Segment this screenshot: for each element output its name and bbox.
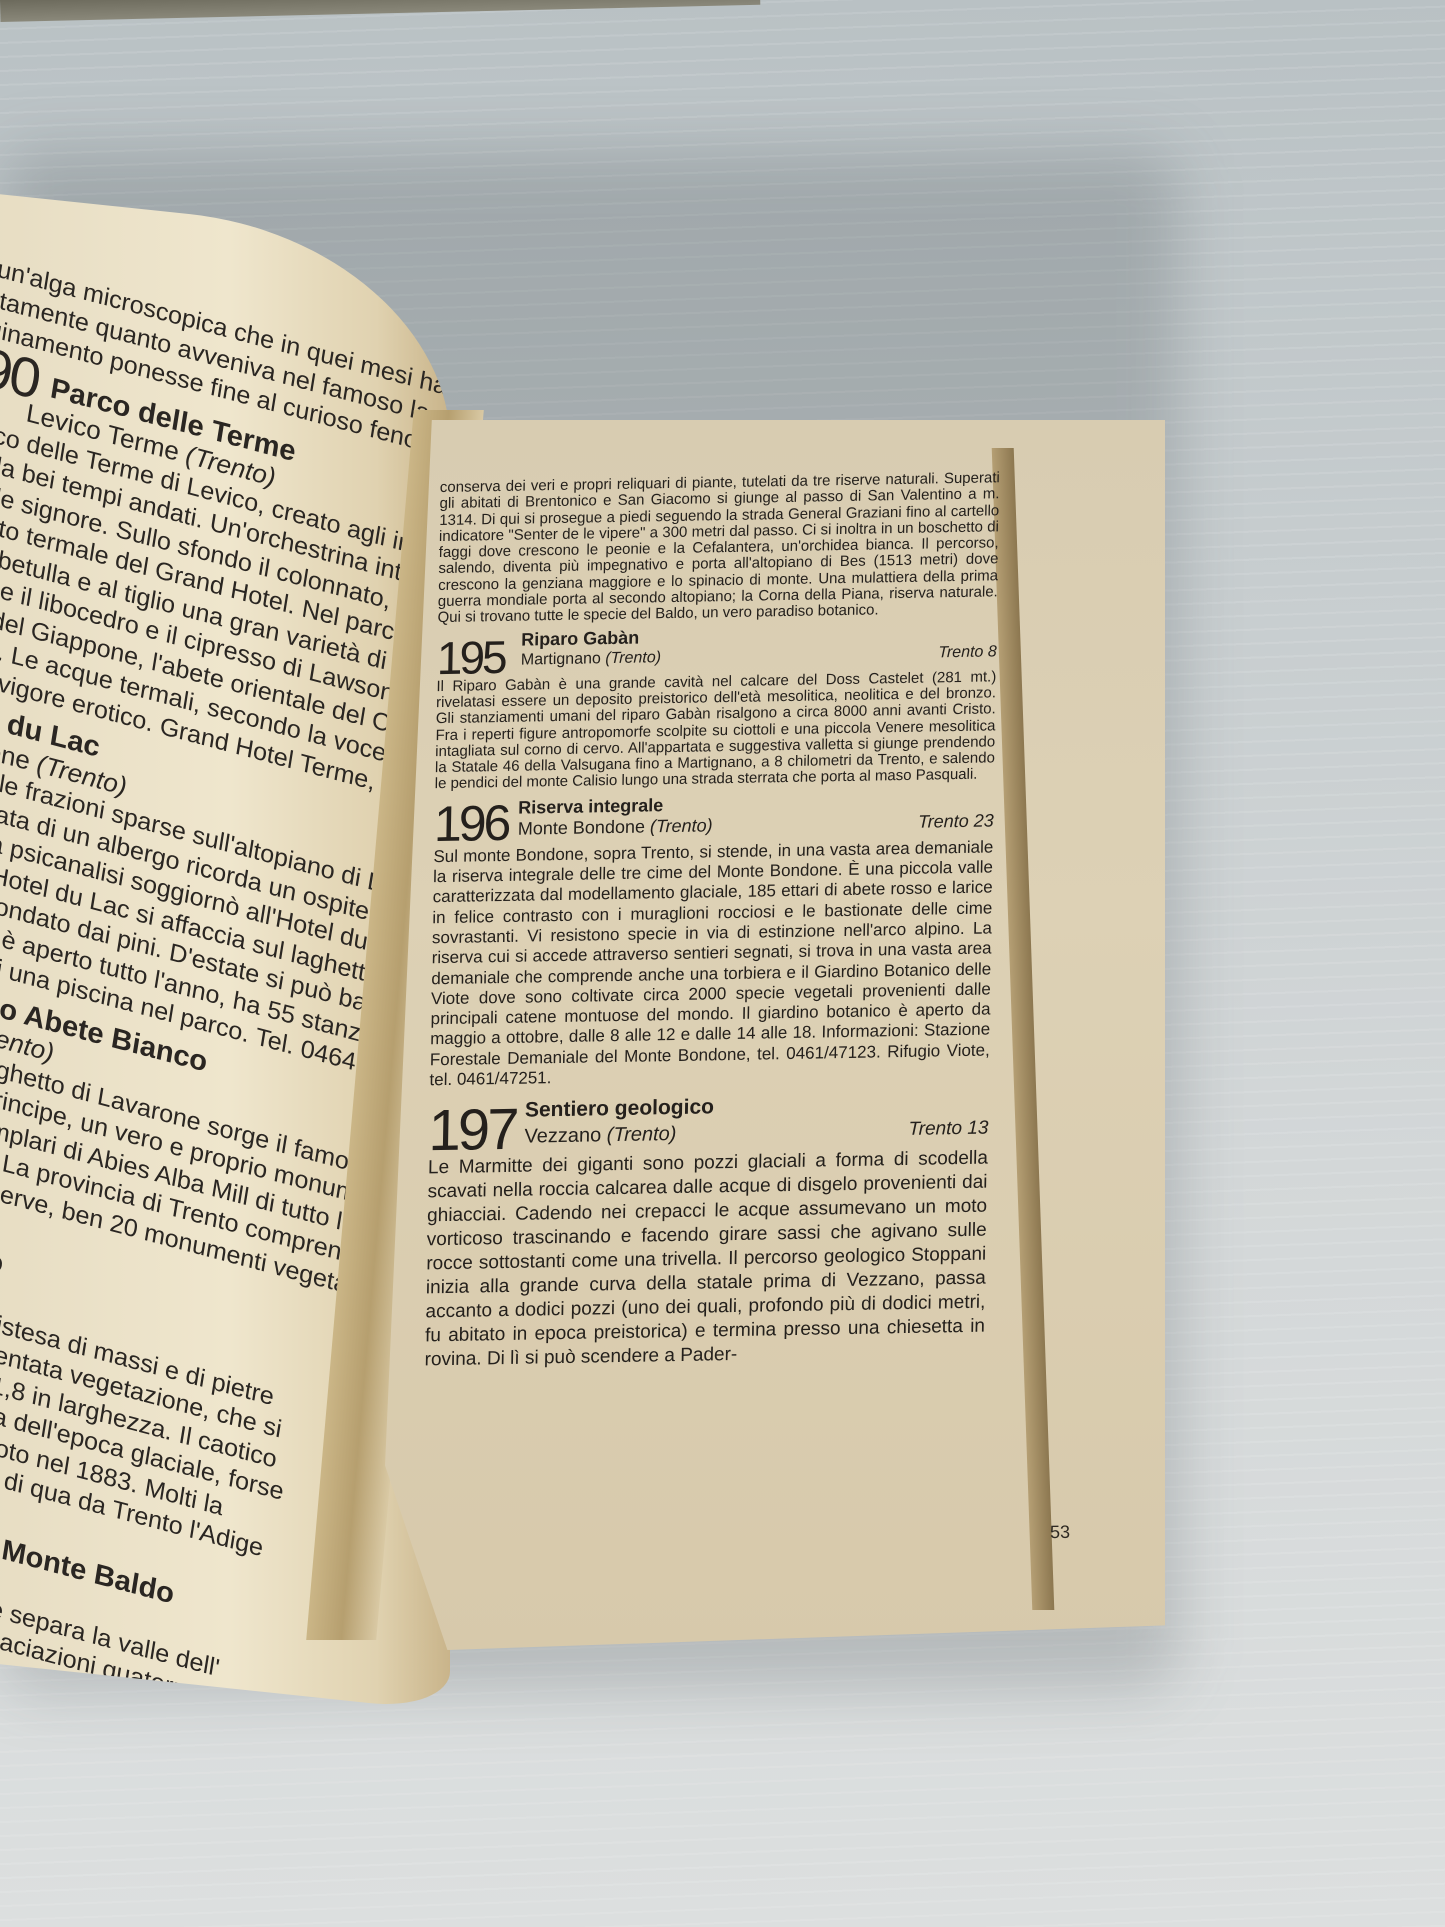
entry-number: 195 bbox=[436, 634, 505, 681]
entry-number: 196 bbox=[434, 800, 509, 847]
right-page-text: conserva dei veri e propri reliquari di … bbox=[424, 470, 999, 1372]
entry-197: 197 Sentiero geologico Vezzano (Trento) … bbox=[424, 1091, 989, 1373]
entry-title: Riparo Gabàn bbox=[521, 629, 639, 647]
entry-distance: Trento 13 bbox=[908, 1117, 988, 1142]
entry-header: 197 Sentiero geologico Vezzano (Trento) … bbox=[428, 1091, 989, 1157]
entry-body: Il Riparo Gabàn è una grande cavità nel … bbox=[435, 669, 997, 793]
entry-number: 197 bbox=[428, 1101, 517, 1161]
entry-distance: Trento 23 bbox=[918, 810, 994, 832]
entry-location: Vezzano (Trento) bbox=[524, 1122, 676, 1149]
entry-title: Sentiero geologico bbox=[525, 1096, 714, 1123]
entry-195: 195 Riparo Gabàn Martignano (Trento) Tre… bbox=[435, 623, 998, 793]
entry-196: 196 Riserva integrale Monte Bondone (Tre… bbox=[429, 789, 994, 1090]
entry-header: 195 Riparo Gabàn Martignano (Trento) Tre… bbox=[437, 623, 998, 679]
entry-header: 196 Riserva integrale Monte Bondone (Tre… bbox=[434, 789, 995, 847]
background-object-edge bbox=[0, 0, 760, 22]
entry-title: Riserva integrale bbox=[518, 795, 663, 818]
entry-location: Martignano (Trento) bbox=[521, 650, 661, 669]
entry-body: Le Marmitte dei giganti sono pozzi glaci… bbox=[424, 1147, 988, 1373]
entry-body: Sul monte Bondone, sopra Trento, si sten… bbox=[429, 837, 993, 1090]
continued-paragraph: conserva dei veri e propri reliquari di … bbox=[437, 470, 999, 627]
entry-distance: Trento 8 bbox=[938, 644, 997, 661]
entry-location: Monte Bondone (Trento) bbox=[518, 815, 713, 839]
page-number: 53 bbox=[1050, 1522, 1070, 1543]
